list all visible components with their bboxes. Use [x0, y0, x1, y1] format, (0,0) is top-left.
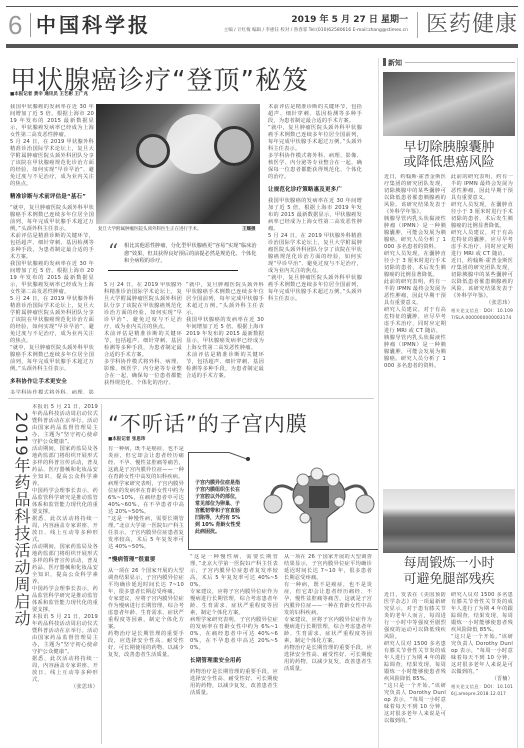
- paragraph: 研究人员建议，对于有高危特征的囊肿，应尽早考虑手术治疗，同时应定期进行 MRI …: [451, 230, 513, 258]
- paragraph: 研究人员对 1500 多名患有膝关节骨性关节炎的成年人进行了为期 4 年的跟踪调…: [384, 641, 446, 683]
- section-title: 医药健康: [426, 10, 518, 40]
- subhead: 长期管理重安全用药: [190, 658, 278, 665]
- paragraph: 近日，约翰斯·霍普金斯医疗集团的研究团队发现，切除胰腺中的某些囊肿可以降低患者罹…: [451, 258, 513, 300]
- paragraph: 胰腺导管内乳头状黏液性肿瘤（IPMN）是一种胰腺囊肿，可能会发展为胰腺癌。研究人…: [384, 335, 446, 370]
- photo-caption: 复旦大学附属肿瘤医院头颈外科医生正在进行手术。: [98, 226, 202, 232]
- quote-mark-icon: “: [108, 239, 118, 263]
- end-credit: （张思玮）: [451, 300, 513, 307]
- subhead: 多科协作让手术更安全: [10, 379, 94, 386]
- paragraph: 病理学家研究表明，子宫内膜异位症的发病率在育龄女性中约为 6%~10%，在痛经患…: [108, 481, 184, 516]
- divider: [8, 398, 374, 399]
- subhead: 让规范化诊疗策略惠及更多广: [268, 187, 362, 194]
- paragraph: 5 月 24 日，在 2019 甲状腺外科精准诊治国际学术论坛上，复旦大学附属肿…: [10, 139, 94, 188]
- paragraph: 本报讯 5 月 21 日，2019 年药品科技活动周启动仪式暨科普活动在京举行。…: [32, 614, 98, 656]
- paragraph: 据悉，此次活动将持续一周，内容涵盖专家讲座、开放日、线上互动等多种形式。: [32, 516, 98, 544]
- paragraph: “这是一种慢性病，需要长期管理。”北京大学第一医院妇产科主任表示，子宫内膜异位症…: [190, 554, 278, 589]
- citation: 相关论文信息：DOI：10.1016/j.amepre.2018.12.017: [451, 683, 513, 697]
- paragraph: 本报讯 5 月 21 日，2019 年药品科技活动周启动仪式暨科普活动在京举行。…: [32, 404, 98, 446]
- lead-column-2: 5 月 24 日，在 2019 甲状腺外科精准诊治国际学术论坛上，复旦大学附属肿…: [104, 282, 182, 394]
- story2-headline-line1: 每周锻炼一小时: [383, 556, 515, 571]
- divider: [405, 62, 515, 63]
- paragraph: 近日，发表在《美国预防医学杂志》的一项最新研究显示，对于患有膝关节炎的老年人而言…: [384, 592, 446, 641]
- paragraph: “这是一种慢性病，需要长期管理。”北京大学第一医院妇产科主任表示，子宫内膜异位症…: [108, 516, 184, 551]
- subhead: 精准诊断与术前评估是“基石”: [10, 194, 94, 201]
- paragraph: 从一项在 26 个国家开展的大型调查结果显示，子宫内膜异位症平均确诊延迟时间长达…: [284, 554, 372, 582]
- subhead: “慢病管理”很重要: [108, 557, 184, 564]
- paragraph: 胰腺导管内乳头状黏液性肿瘤（IPMN）是一种胰腺囊肿，可能会发展为胰腺癌。研究人…: [384, 216, 446, 251]
- paragraph: 此前的研究表明，约有一半的 IPMN 最终会发展为恶性肿瘤，因此早期干预具有重要…: [451, 174, 513, 202]
- divider: [30, 13, 31, 37]
- paragraph: 术前评估是精准诊断的关键环节，包括超声、细针穿刺、基因检测等多种手段，为患者制定…: [10, 233, 94, 261]
- paragraph: 活动期间，国家药监局及各地药监部门将组织开展形式多样的科普宣传活动，普及药品、医…: [32, 544, 98, 586]
- divider: [101, 404, 102, 744]
- callout-line: [189, 452, 229, 453]
- paragraph: 研究人员发现，在囊肿直径小于 3 厘米时进行手术切除的患者，术后发生胰腺癌的比例…: [384, 251, 446, 279]
- end-credit: （晋楠）: [451, 676, 513, 683]
- figure-caption: 子宫内膜异位症是指子宫内膜组织生长在子宫腔以外的部位，常见部位为卵巢、子宫骶韧带…: [195, 480, 241, 536]
- paragraph: 研究人员发现，在囊肿直径小于 3 厘米时进行手术切除的患者，术后发生胰腺癌的比例…: [451, 202, 513, 230]
- paragraph: 药物治疗是长期管理的重要手段，应选择安全性高、耐受性好、可长期使用的药物，以减少…: [190, 669, 278, 697]
- section-tag: 新知: [383, 58, 402, 68]
- masthead: 6 中国科学报 2019 年 5 月 27 日 星期一 主编 / 计红梅 编辑 …: [6, 8, 518, 42]
- second-column-1: 有一种病，既不是癌症，也不是炎症，但它却会让患者经历痛经、不孕、慢性盆腔痛等痛苦…: [108, 446, 184, 744]
- paragraph: 有一种病，既不是癌症，也不是炎症，但它却会让患者经历痛经、不孕、慢性盆腔痛等痛苦…: [108, 446, 184, 481]
- second-column-2: “这是一种慢性病，需要长期管理。”北京大学第一医院妇产科主任表示，子宫内膜异位症…: [190, 554, 278, 744]
- pull-quote-text: 相比其他恶性肿瘤，分化型甲状腺癌更“容易”实现“临床治愈”效果，但其获得良好预后…: [108, 243, 258, 266]
- paragraph: 专家建议，应将子宫内膜异位症作为慢病进行长期管理，综合考虑患者年龄、生育需求、症…: [284, 617, 372, 645]
- story2-headline-line2: 可避免腿部残疾: [383, 572, 515, 587]
- paragraph: 多学科协作模式将外科、病理、影像、核医学、内分泌等专业整合在一起，确保每一位患者…: [104, 359, 182, 387]
- paragraph: 研究人员对 1500 多名患有膝关节骨性关节炎的成年人进行了为期 4 年的跟踪调…: [451, 592, 513, 634]
- paragraph: 近日，约翰斯·霍普金斯医疗集团的研究团队发现，切除胰腺中的某些囊肿可以降低患者罹…: [384, 174, 446, 216]
- paragraph: 我国甲状腺癌的发病率在近 30 年间增加了近 5 倍。根据上海市 2019 年发…: [268, 198, 362, 233]
- masthead-bottom-rule: [6, 44, 518, 48]
- paragraph: “就中，复旦肿瘤医院头颈外科甲状腺癌手术例数已连续多年位居全国前列，每年完成甲状…: [10, 205, 94, 233]
- paragraph: 专家建议，应将子宫内膜异位症作为慢病进行长期管理，综合考虑患者年龄、生育需求、症…: [108, 596, 184, 631]
- paragraph: “这只是一个开始。”该研究负责人 Dorothy Dunlop 表示，“每周一小…: [384, 683, 446, 725]
- scalpel-photo: [383, 72, 515, 136]
- lead-column-3: “就中，复旦肿瘤医院头颈外科甲状腺癌手术例数已连续多年位居全国前列，每年完成甲状…: [186, 282, 264, 394]
- divider: [108, 270, 238, 271]
- paragraph: 有一种病，既不是癌症，也不是炎症，但它却会让患者经历痛经、不孕、慢性盆腔痛等痛苦…: [284, 582, 372, 617]
- paragraph: 此前的研究表明，约有一半的 IPMN 最终会发展为恶性肿瘤，因此早期干预具有重要…: [384, 279, 446, 307]
- page-number: 6: [8, 10, 22, 40]
- divider: [417, 12, 418, 38]
- callout-dot: [246, 457, 250, 461]
- paragraph: “就中，复旦肿瘤医院头颈外科甲状腺癌手术例数已连续多年位居全国前列，每年完成甲状…: [10, 345, 94, 373]
- end-credit: （张思玮）: [32, 684, 98, 691]
- walking-couple-photo: [383, 489, 515, 553]
- surgeon-figure: [136, 134, 170, 168]
- paragraph: 5 月 24 日，在 2019 甲状腺外科精准诊治国际学术论坛上，复旦大学附属肿…: [10, 296, 94, 345]
- paragraph: 术前评估是精准诊断的关键环节，包括超声、细针穿刺、基因检测等多种手段，为患者制定…: [104, 331, 182, 359]
- paragraph: 药物治疗是长期管理的重要手段，应选择安全性高、耐受性好、可长期使用的药物，以减少…: [108, 631, 184, 659]
- paragraph: “就中，复旦肿瘤医院头颈外科甲状腺癌手术例数已连续多年位居全国前列，每年完成甲状…: [268, 275, 362, 303]
- uterus-illustration-icon: [263, 456, 375, 548]
- paragraph: 多学科协作模式将外科、病理、影像、核医学、内分泌等专业整合在一起，确保每一位患者…: [268, 153, 362, 181]
- newspaper-logo: 中国科学报: [36, 11, 151, 39]
- story1-column-1: 近日，约翰斯·霍普金斯医疗集团的研究团队发现，切除胰腺中的某些囊肿可以降低患者罹…: [384, 174, 446, 482]
- paragraph: 我国甲状腺癌的发病率在近 30 年间增加了近 5 倍。根据上海市 2019 年发…: [186, 317, 264, 352]
- paragraph: 中国药学会理事长表示，药品监管科学研究是推动监管体系和监管能力现代化的重要支撑。: [32, 586, 98, 614]
- paragraph: 药物治疗是长期管理的重要手段，应选择安全性高、耐受性好、可长期使用的药物，以减少…: [284, 645, 372, 673]
- second-headline: “不听话”的子宫内膜: [108, 408, 308, 438]
- second-column-3: 从一项在 26 个国家开展的大型调查结果显示，子宫内膜异位症平均确诊延迟时间长达…: [284, 554, 372, 744]
- paragraph: 术前评估是精准诊断的关键环节，包括超声、细针穿刺、基因检测等多种手段，为患者制定…: [268, 104, 362, 125]
- uterus-figure: 子宫内膜异位症是指子宫内膜组织生长在子宫腔以外的部位，常见部位为卵巢、子宫骶韧带…: [188, 452, 378, 550]
- paragraph: 中国药学会理事长表示，药品监管科学研究是推动监管体系和监管能力现代化的重要支撑。: [32, 488, 98, 516]
- paragraph: 5 月 24 日，在 2019 甲状腺外科精准诊治国际学术论坛上，复旦大学附属肿…: [268, 233, 362, 275]
- story1-headline-line1: 早切除胰腺囊肿: [383, 140, 515, 155]
- paragraph: 病理学家研究表明，子宫内膜异位症的发病率在育龄女性中约为 6%~10%，在痛经患…: [190, 617, 278, 652]
- paragraph: 5 月 24 日，在 2019 甲状腺外科精准诊治国际学术论坛上，复旦大学附属肿…: [104, 282, 182, 331]
- story2-column-2: 研究人员对 1500 多名患有膝关节骨性关节炎的成年人进行了为期 4 年的跟踪调…: [451, 592, 513, 744]
- paragraph: 多学科协作模式将外科、病理、影像、核医学、内分泌等专业整合在一起，确保每一位患者…: [10, 390, 94, 394]
- paragraph: “就中，复旦肿瘤医院头颈外科甲状腺癌手术例数已连续多年位居全国前列，每年完成甲状…: [186, 282, 264, 317]
- paragraph: “就中，复旦肿瘤医院头颈外科甲状腺癌手术例数已连续多年位居全国前列，每年完成甲状…: [268, 125, 362, 153]
- masthead-top-rule: [6, 6, 518, 7]
- paragraph: 据悉，此次活动将持续一周，内容涵盖专家讲座、开放日、线上互动等多种形式。: [32, 656, 98, 684]
- paragraph: 我国甲状腺癌的发病率在近 30 年间增加了近 5 倍。根据上海市 2019 年发…: [10, 261, 94, 296]
- photo-credit: 王耀摄: [242, 226, 256, 232]
- story1-column-2: 此前的研究表明，约有一半的 IPMN 最终会发展为恶性肿瘤，因此早期干预具有重要…: [451, 174, 513, 482]
- paragraph: “这只是一个开始。”该研究负责人 Dorothy Dunlop 表示，“每周一小…: [451, 634, 513, 676]
- second-byline: ■本报记者 张思玮: [108, 436, 145, 442]
- paragraph: 从一项在 26 个国家开展的大型调查结果显示，子宫内膜异位症平均确诊延迟时间长达…: [108, 568, 184, 596]
- story1-headline-line2: 或降低患癌风险: [383, 155, 515, 170]
- citation: 相关论文信息：DOI：10.1097/SLA.0000000000003174: [451, 307, 513, 321]
- lead-byline: ■本报记者 黄辛 通讯员 王艺彬 王广兆: [10, 91, 88, 97]
- lead-column-4: 术前评估是精准诊断的关键环节，包括超声、细针穿刺、基因检测等多种手段，为患者制定…: [268, 104, 362, 394]
- lead-column-1: 我国甲状腺癌的发病率在近 30 年间增加了近 5 倍。根据上海市 2019 年发…: [10, 104, 94, 394]
- issue-date: 2019 年 5 月 27 日 星期一: [291, 12, 408, 25]
- sidebar-body: 本报讯 5 月 21 日，2019 年药品科技活动周启动仪式暨科普活动在京举行。…: [32, 404, 98, 744]
- paragraph: 专家建议，应将子宫内膜异位症作为慢病进行长期管理，综合考虑患者年龄、生育需求、症…: [190, 589, 278, 617]
- story2-column-1: 近日，发表在《美国预防医学杂志》的一项最新研究显示，对于患有膝关节炎的老年人而言…: [384, 592, 446, 744]
- paragraph: 我国甲状腺癌的发病率在近 30 年间增加了近 5 倍。根据上海市 2019 年发…: [10, 104, 94, 139]
- surgery-photo: [96, 104, 260, 224]
- paragraph: 研究人员建议，对于有高危特征的囊肿，应尽早考虑手术治疗，同时应定期进行 MRI …: [384, 307, 446, 335]
- sidebar-headline: 2019年药品科技活动周启动: [12, 412, 30, 627]
- pull-quote: “ 相比其他恶性肿瘤，分化型甲状腺癌更“容易”实现“临床治愈”效果，但其获得良好…: [108, 243, 258, 271]
- paragraph: 活动期间，国家药监局及各地药监部门将组织开展形式多样的科普宣传活动，普及药品、医…: [32, 446, 98, 488]
- surgeon-figure: [214, 126, 254, 166]
- paragraph: 术前评估是精准诊断的关键环节，包括超声、细针穿刺、基因检测等多种手段，为患者制定…: [186, 352, 264, 380]
- editor-credits: 主编 / 计红梅 编辑 / 李惠钰 校对 / 鲁春霏 Tel:(010)6258…: [224, 27, 408, 33]
